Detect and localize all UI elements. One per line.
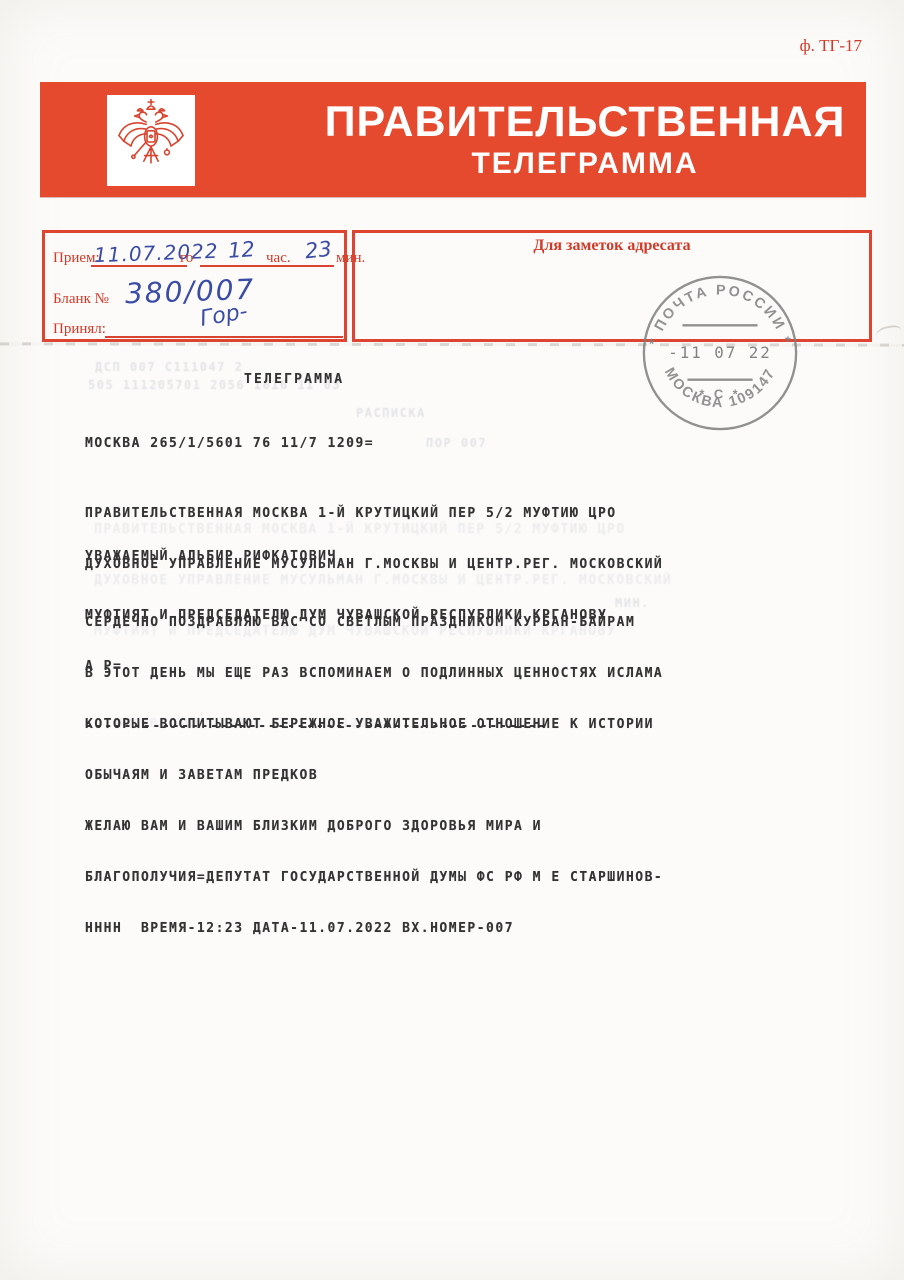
page-corner-curl	[875, 324, 903, 345]
banner-title-line2: ТЕЛЕГРАММА	[471, 146, 698, 182]
telegram-separator-line: ----------------------------------------…	[85, 719, 547, 734]
body-line: СЕРДЕЧНО ПОЗДРАВЛЯЮ ВАС СО СВЕТЛЫМ ПРАЗД…	[85, 614, 663, 631]
postmark-stamp: * ПОЧТА РОССИИ * -11 07 22 * С * МОСКВА …	[636, 269, 804, 437]
hour-label: час.	[266, 250, 291, 267]
year-suffix-label: го	[180, 250, 193, 267]
body-line: В ЭТОТ ДЕНЬ МЫ ЕЩЕ РАЗ ВСПОМИНАЕМ О ПОДЛ…	[85, 665, 663, 682]
body-line: ОБЫЧАЯМ И ЗАВЕТАМ ПРЕДКОВ	[85, 767, 663, 784]
telegram-service-line: МОСКВА 265/1/5601 76 11/7 1209=	[85, 436, 374, 451]
minute-value-handwritten: 23	[304, 237, 333, 264]
ghost-text-por: ПОР 007	[426, 436, 487, 450]
telegram-scan-page: ф. ТГ-17	[0, 0, 904, 1280]
body-line: БЛАГОПОЛУЧИЯ=ДЕПУТАТ ГОСУДАРСТВЕННОЙ ДУМ…	[85, 869, 663, 886]
telegram-salutation: УВАЖАЕМЫЙ АЛЬБИР РИФКАТОВИЧ	[85, 549, 337, 564]
postmark-top-text: * ПОЧТА РОССИИ *	[646, 283, 794, 347]
emblem-box	[107, 95, 195, 186]
ghost-text-raspiska: РАСПИСКА	[356, 406, 426, 420]
postmark-date: -11 07 22	[668, 343, 771, 362]
hour-value-handwritten: 12	[227, 237, 255, 263]
blank-label: Бланк №	[53, 291, 109, 308]
svg-text:* ПОЧТА РОССИИ *: * ПОЧТА РОССИИ *	[646, 283, 794, 347]
reception-box: Прием: 11.07.2022 го 12 час. 23 мин. Бла…	[42, 230, 347, 342]
telegram-heading: ТЕЛЕГРАММА	[244, 372, 344, 387]
telegram-body-block: СЕРДЕЧНО ПОЗДРАВЛЯЮ ВАС СО СВЕТЛЫМ ПРАЗД…	[85, 580, 663, 971]
address-line: ПРАВИТЕЛЬСТВЕННАЯ МОСКВА 1-Й КРУТИЦКИЙ П…	[85, 505, 663, 522]
form-code-label: ф. ТГ-17	[800, 36, 862, 56]
banner-titles: ПРАВИТЕЛЬСТВЕННАЯ ТЕЛЕГРАММА	[325, 82, 845, 197]
banner: ПРАВИТЕЛЬСТВЕННАЯ ТЕЛЕГРАММА	[40, 82, 866, 197]
prinyal-underline	[105, 336, 343, 338]
banner-title-line1: ПРАВИТЕЛЬСТВЕННАЯ	[325, 98, 846, 146]
russian-coat-of-arms-icon	[111, 96, 191, 185]
priem-date-underline	[91, 265, 187, 267]
prinyal-label: Принял:	[53, 321, 106, 338]
body-line: ЖЕЛАЮ ВАМ И ВАШИМ БЛИЗКИМ ДОБРОГО ЗДОРОВ…	[85, 818, 663, 835]
notes-box-title: Для заметок адресата	[355, 237, 869, 255]
ghost-text-line1: ДСП 007 С111047 2	[95, 360, 243, 374]
body-line: НННН ВРЕМЯ-12:23 ДАТА-11.07.2022 ВХ.НОМЕ…	[85, 920, 663, 937]
priem-date-handwritten: 11.07.2022	[94, 239, 219, 267]
